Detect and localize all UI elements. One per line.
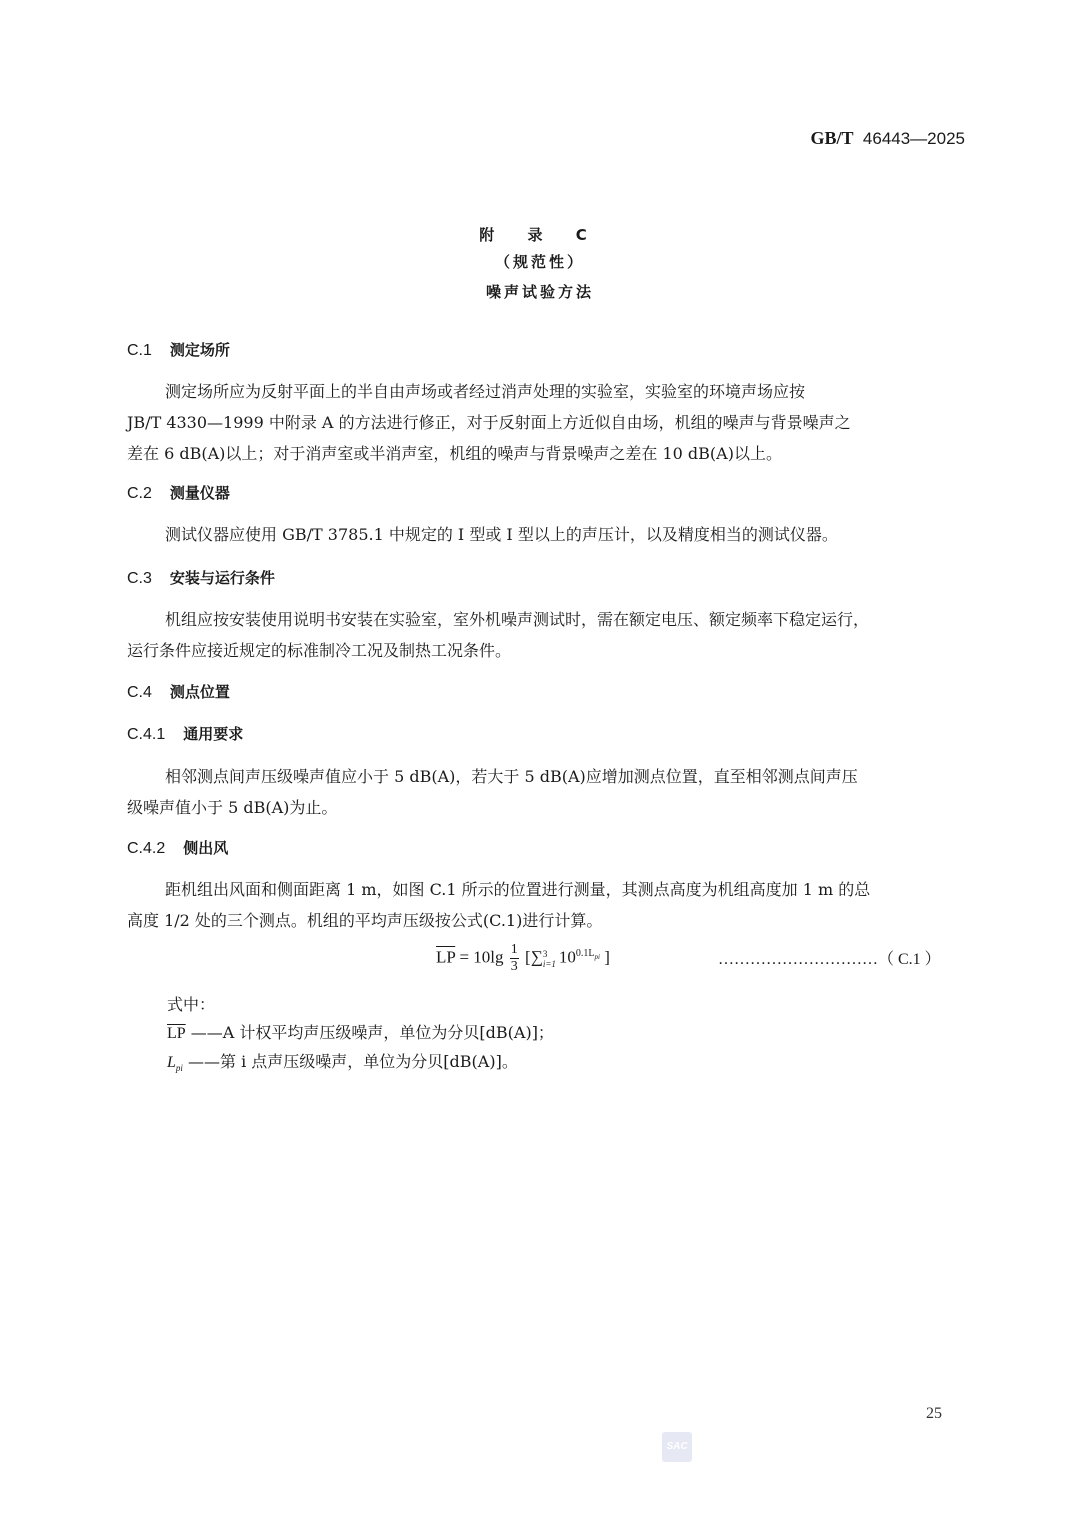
section-number: C.3	[127, 570, 152, 587]
formula-lhs: LP	[436, 947, 455, 966]
section-title: 侧出风	[183, 839, 228, 857]
variable-definitions: 式中： LP ——A 计权平均声压级噪声，单位为分贝[dB(A)]； Lpi —…	[167, 991, 554, 1082]
section-number: C.2	[127, 485, 152, 502]
section-title: 测点位置	[170, 683, 230, 701]
definition-text: ——第 i 点声压级噪声，单位为分贝[dB(A)]。	[188, 1052, 518, 1071]
section-number: C.4	[127, 684, 152, 701]
paragraph-c2: 测试仪器应使用 GB/T 3785.1 中规定的 Ⅰ 型或 Ⅰ 型以上的声压计，…	[127, 519, 967, 550]
exponent-text: 0.1L	[576, 948, 595, 959]
section-heading-c2: C.2测量仪器	[127, 482, 230, 503]
close-bracket: ]	[604, 947, 610, 966]
sum-upper: 3	[543, 949, 556, 959]
section-title: 测量仪器	[170, 484, 230, 502]
exponent: 0.1Lpi	[576, 948, 600, 959]
power-base: 10	[559, 947, 576, 966]
section-title: 安装与运行条件	[170, 569, 275, 587]
section-heading-c1: C.1测定场所	[127, 339, 230, 360]
definition-symbol: Lpi	[167, 1054, 183, 1071]
paragraph-c1: 测定场所应为反射平面上的半自由声场或者经过消声处理的实验室，实验室的环境声场应按…	[127, 376, 967, 469]
fraction-denominator: 3	[510, 959, 519, 975]
section-title: 通用要求	[183, 725, 243, 743]
definition-item: Lpi ——第 i 点声压级噪声，单位为分贝[dB(A)]。	[167, 1048, 554, 1082]
formula-c1: LP = 10lg 1 3 [∑3i=1100.1Lpi ]	[436, 942, 610, 975]
equation-label: …………………………（ C.1 ）	[718, 946, 941, 969]
formula-equals: = 10lg	[459, 947, 503, 966]
sum-symbol: ∑	[531, 947, 543, 966]
definition-symbol: LP	[167, 1025, 186, 1042]
text-line: 机组应按安装使用说明书安装在实验室，室外机噪声测试时，需在额定电压、额定频率下稳…	[127, 604, 967, 635]
fraction-numerator: 1	[510, 942, 519, 959]
annex-title: 附 录 C	[0, 224, 1080, 245]
section-heading-c4-2: C.4.2侧出风	[127, 837, 228, 858]
text-line: 距机组出风面和侧面距离 1 m，如图 C.1 所示的位置进行测量，其测点高度为机…	[127, 874, 967, 905]
page-number: 25	[926, 1405, 942, 1423]
symbol-text: L	[167, 1054, 176, 1071]
fraction: 1 3	[510, 942, 519, 975]
sum-lower: i=1	[543, 959, 556, 969]
section-number: C.4.2	[127, 840, 165, 857]
sum-limits: 3i=1	[543, 949, 556, 969]
paragraph-c4-1: 相邻测点间声压级噪声值应小于 5 dB(A)，若大于 5 dB(A)应增加测点位…	[127, 761, 967, 823]
standard-prefix: GB/T	[810, 128, 853, 148]
paragraph-c4-2: 距机组出风面和侧面距离 1 m，如图 C.1 所示的位置进行测量，其测点高度为机…	[127, 874, 967, 936]
section-heading-c3: C.3安装与运行条件	[127, 567, 275, 588]
definition-text: ——A 计权平均声压级噪声，单位为分贝[dB(A)]；	[191, 1023, 554, 1042]
standard-number: 46443—2025	[863, 129, 965, 148]
where-intro: 式中：	[167, 991, 554, 1019]
text-line: JB/T 4330—1999 中附录 A 的方法进行修正，对于反射面上方近似自由…	[127, 407, 967, 438]
annex-type: （规范性）	[0, 251, 1080, 272]
section-heading-c4: C.4测点位置	[127, 681, 230, 702]
section-number: C.1	[127, 342, 152, 359]
text-line: 差在 6 dB(A)以上；对于消声室或半消声室，机组的噪声与背景噪声之差在 10…	[127, 438, 967, 469]
section-title: 测定场所	[170, 341, 230, 359]
text-line: 运行条件应接近规定的标准制冷工况及制热工况条件。	[127, 635, 967, 666]
section-heading-c4-1: C.4.1通用要求	[127, 723, 243, 744]
definition-item: LP ——A 计权平均声压级噪声，单位为分贝[dB(A)]；	[167, 1019, 554, 1048]
paragraph-c3: 机组应按安装使用说明书安装在实验室，室外机噪声测试时，需在额定电压、额定频率下稳…	[127, 604, 967, 666]
sac-logo: SAC	[662, 1432, 692, 1462]
text-line: 级噪声值小于 5 dB(A)为止。	[127, 792, 967, 823]
section-number: C.4.1	[127, 726, 165, 743]
symbol-sub: pi	[176, 1063, 183, 1073]
exponent-sub: pi	[595, 953, 600, 961]
text-line: 测试仪器应使用 GB/T 3785.1 中规定的 Ⅰ 型或 Ⅰ 型以上的声压计，…	[127, 519, 967, 550]
standard-id: GB/T 46443—2025	[810, 128, 965, 149]
text-line: 高度 1/2 处的三个测点。机组的平均声压级按公式(C.1)进行计算。	[127, 905, 967, 936]
text-line: 相邻测点间声压级噪声值应小于 5 dB(A)，若大于 5 dB(A)应增加测点位…	[127, 761, 967, 792]
text-line: 测定场所应为反射平面上的半自由声场或者经过消声处理的实验室，实验室的环境声场应按	[127, 376, 967, 407]
annex-name: 噪声试验方法	[0, 281, 1080, 302]
